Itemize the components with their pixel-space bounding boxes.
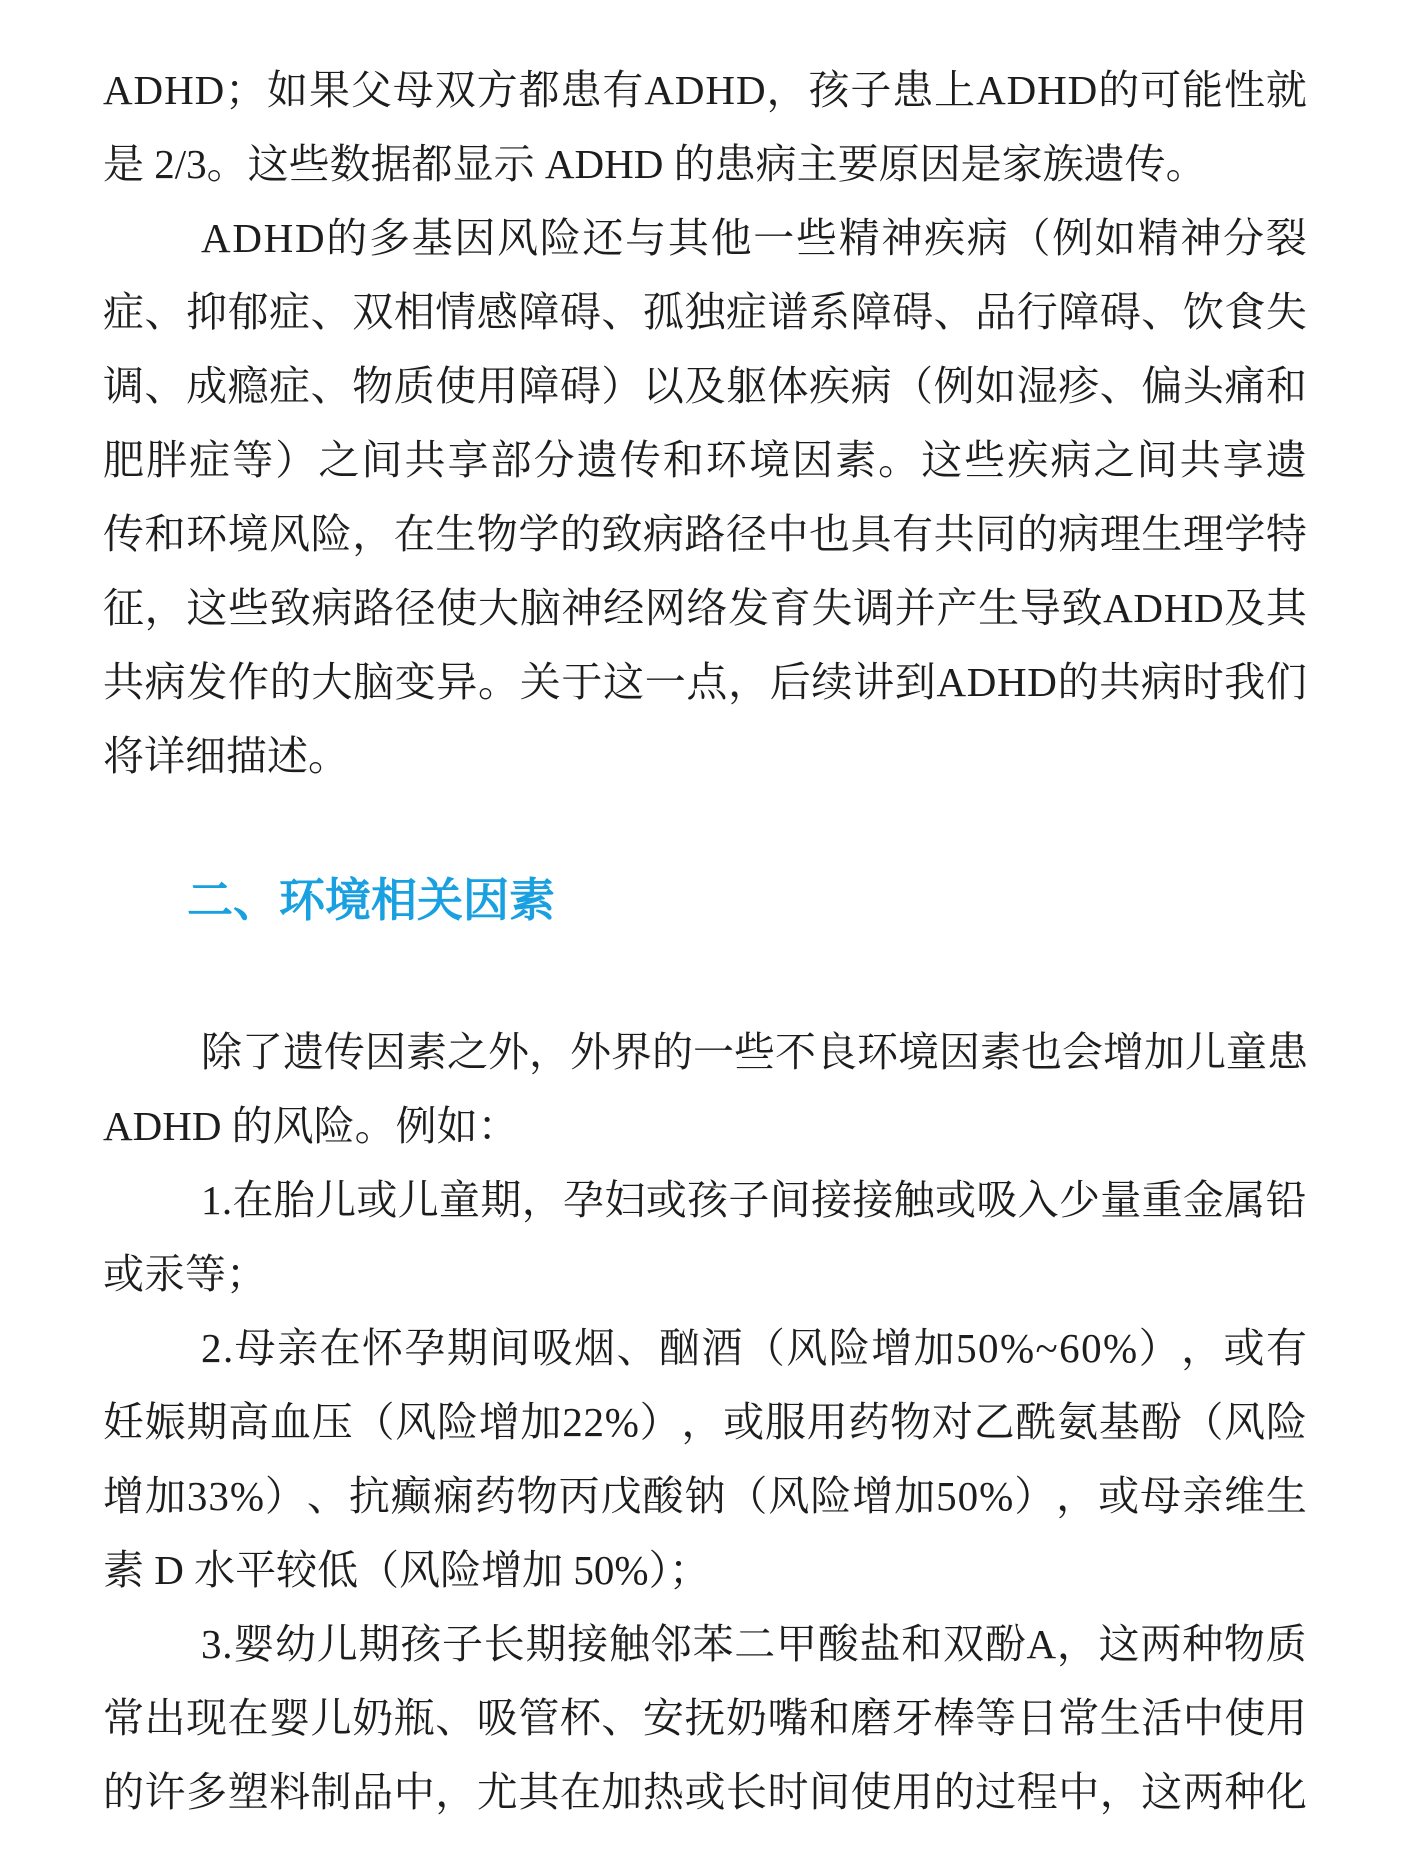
body-line: 1.在胎儿或儿童期，孕妇或孩子间接接触或吸入少量重金属铅	[103, 1163, 1307, 1237]
body-line: ADHD的多基因风险还与其他一些精神疾病（例如精神分裂	[103, 201, 1307, 275]
body-line: 共病发作的大脑变异。关于这一点，后续讲到ADHD的共病时我们	[103, 645, 1307, 719]
body-line: 或汞等；	[103, 1237, 1307, 1311]
body-line: ADHD 的风险。例如：	[103, 1089, 1307, 1163]
body-line: 妊娠期高血压（风险增加22%），或服用药物对乙酰氨基酚（风险	[103, 1385, 1307, 1459]
body-line: 传和环境风险，在生物学的致病路径中也具有共同的病理生理学特	[103, 497, 1307, 571]
text-column: ADHD；如果父母双方都患有ADHD，孩子患上ADHD的可能性就是 2/3。这些…	[103, 53, 1307, 1829]
body-line: 素 D 水平较低（风险增加 50%）；	[103, 1533, 1307, 1607]
body-line: 2.母亲在怀孕期间吸烟、酗酒（风险增加50%~60%），或有	[103, 1311, 1307, 1385]
section-heading: 二、环境相关因素	[103, 863, 1307, 937]
body-line: 3.婴幼儿期孩子长期接触邻苯二甲酸盐和双酚A，这两种物质	[103, 1607, 1307, 1681]
body-line: 是 2/3。这些数据都显示 ADHD 的患病主要原因是家族遗传。	[103, 127, 1307, 201]
body-line: 增加33%）、抗癫痫药物丙戊酸钠（风险增加50%），或母亲维生	[103, 1459, 1307, 1533]
body-line: ADHD；如果父母双方都患有ADHD，孩子患上ADHD的可能性就	[103, 53, 1307, 127]
body-line: 症、抑郁症、双相情感障碍、孤独症谱系障碍、品行障碍、饮食失	[103, 275, 1307, 349]
body-line: 调、成瘾症、物质使用障碍）以及躯体疾病（例如湿疹、偏头痛和	[103, 349, 1307, 423]
document-page: ADHD；如果父母双方都患有ADHD，孩子患上ADHD的可能性就是 2/3。这些…	[0, 0, 1404, 1865]
body-line: 除了遗传因素之外，外界的一些不良环境因素也会增加儿童患	[103, 1015, 1307, 1089]
body-line: 肥胖症等）之间共享部分遗传和环境因素。这些疾病之间共享遗	[103, 423, 1307, 497]
body-line: 将详细描述。	[103, 719, 1307, 793]
body-line: 征，这些致病路径使大脑神经网络发育失调并产生导致ADHD及其	[103, 571, 1307, 645]
body-line: 的许多塑料制品中，尤其在加热或长时间使用的过程中，这两种化	[103, 1755, 1307, 1829]
body-line: 常出现在婴儿奶瓶、吸管杯、安抚奶嘴和磨牙棒等日常生活中使用	[103, 1681, 1307, 1755]
